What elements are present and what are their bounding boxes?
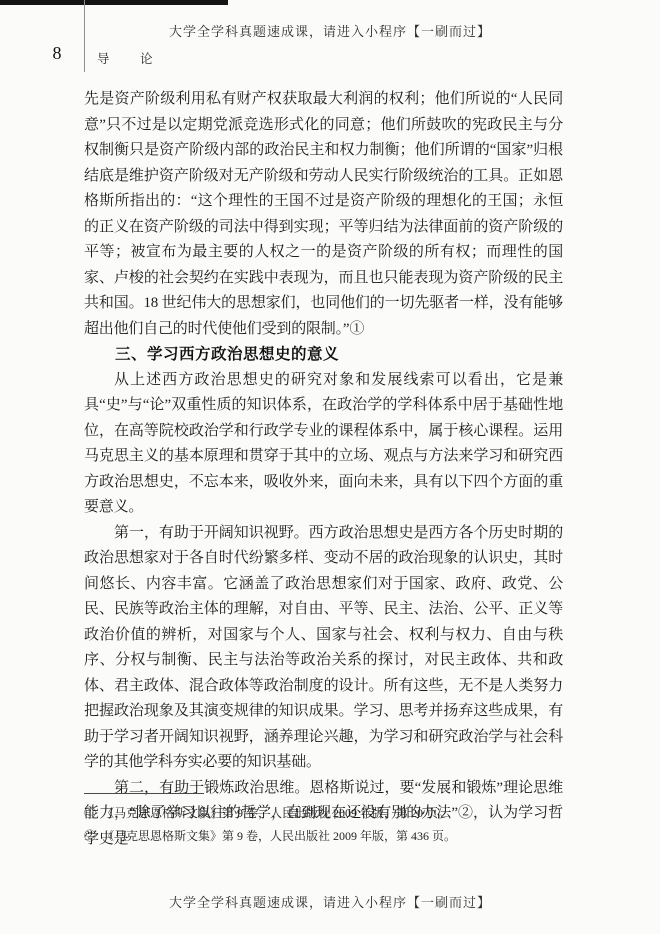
body-text-block: 先是资产阶级利用私有财产权获取最大利润的权利；他们所说的“人民同意”只不过是以定…	[84, 87, 563, 852]
footer-watermark-text: 大学全学科真题速成课，请进入小程序【一刷而过】	[0, 892, 660, 911]
footnote-divider	[84, 793, 204, 794]
footnote-2: ② 《马克思恩格斯文集》第 9 卷，人民出版社 2009 年版，第 436 页。	[84, 825, 566, 848]
footnote-1: ① 《马克思恩格斯文集》第 9 卷，人民出版社 2009 年版，第 20 页。	[84, 802, 566, 825]
running-title: 导 论	[97, 49, 162, 67]
scan-top-edge-mark	[0, 0, 228, 5]
paragraph-first-point: 第一，有助于开阔知识视野。西方政治思想史是西方各个历史时期的政治思想家对于各自时…	[84, 521, 563, 776]
page-number: 8	[38, 43, 76, 64]
section-heading: 三、学习西方政治思想史的意义	[84, 342, 563, 368]
footnotes-block: ① 《马克思恩格斯文集》第 9 卷，人民出版社 2009 年版，第 20 页。 …	[84, 793, 566, 848]
header-watermark-text: 大学全学科真题速成课，请进入小程序【一刷而过】	[0, 21, 660, 40]
document-page: 大学全学科真题速成课，请进入小程序【一刷而过】 8 导 论 先是资产阶级利用私有…	[0, 0, 660, 934]
paragraph-continuation: 先是资产阶级利用私有财产权获取最大利润的权利；他们所说的“人民同意”只不过是以定…	[84, 87, 563, 342]
paragraph-meaning-intro: 从上述西方政治思想史的研究对象和发展线索可以看出，它是兼具“史”与“论”双重性质…	[84, 368, 563, 521]
